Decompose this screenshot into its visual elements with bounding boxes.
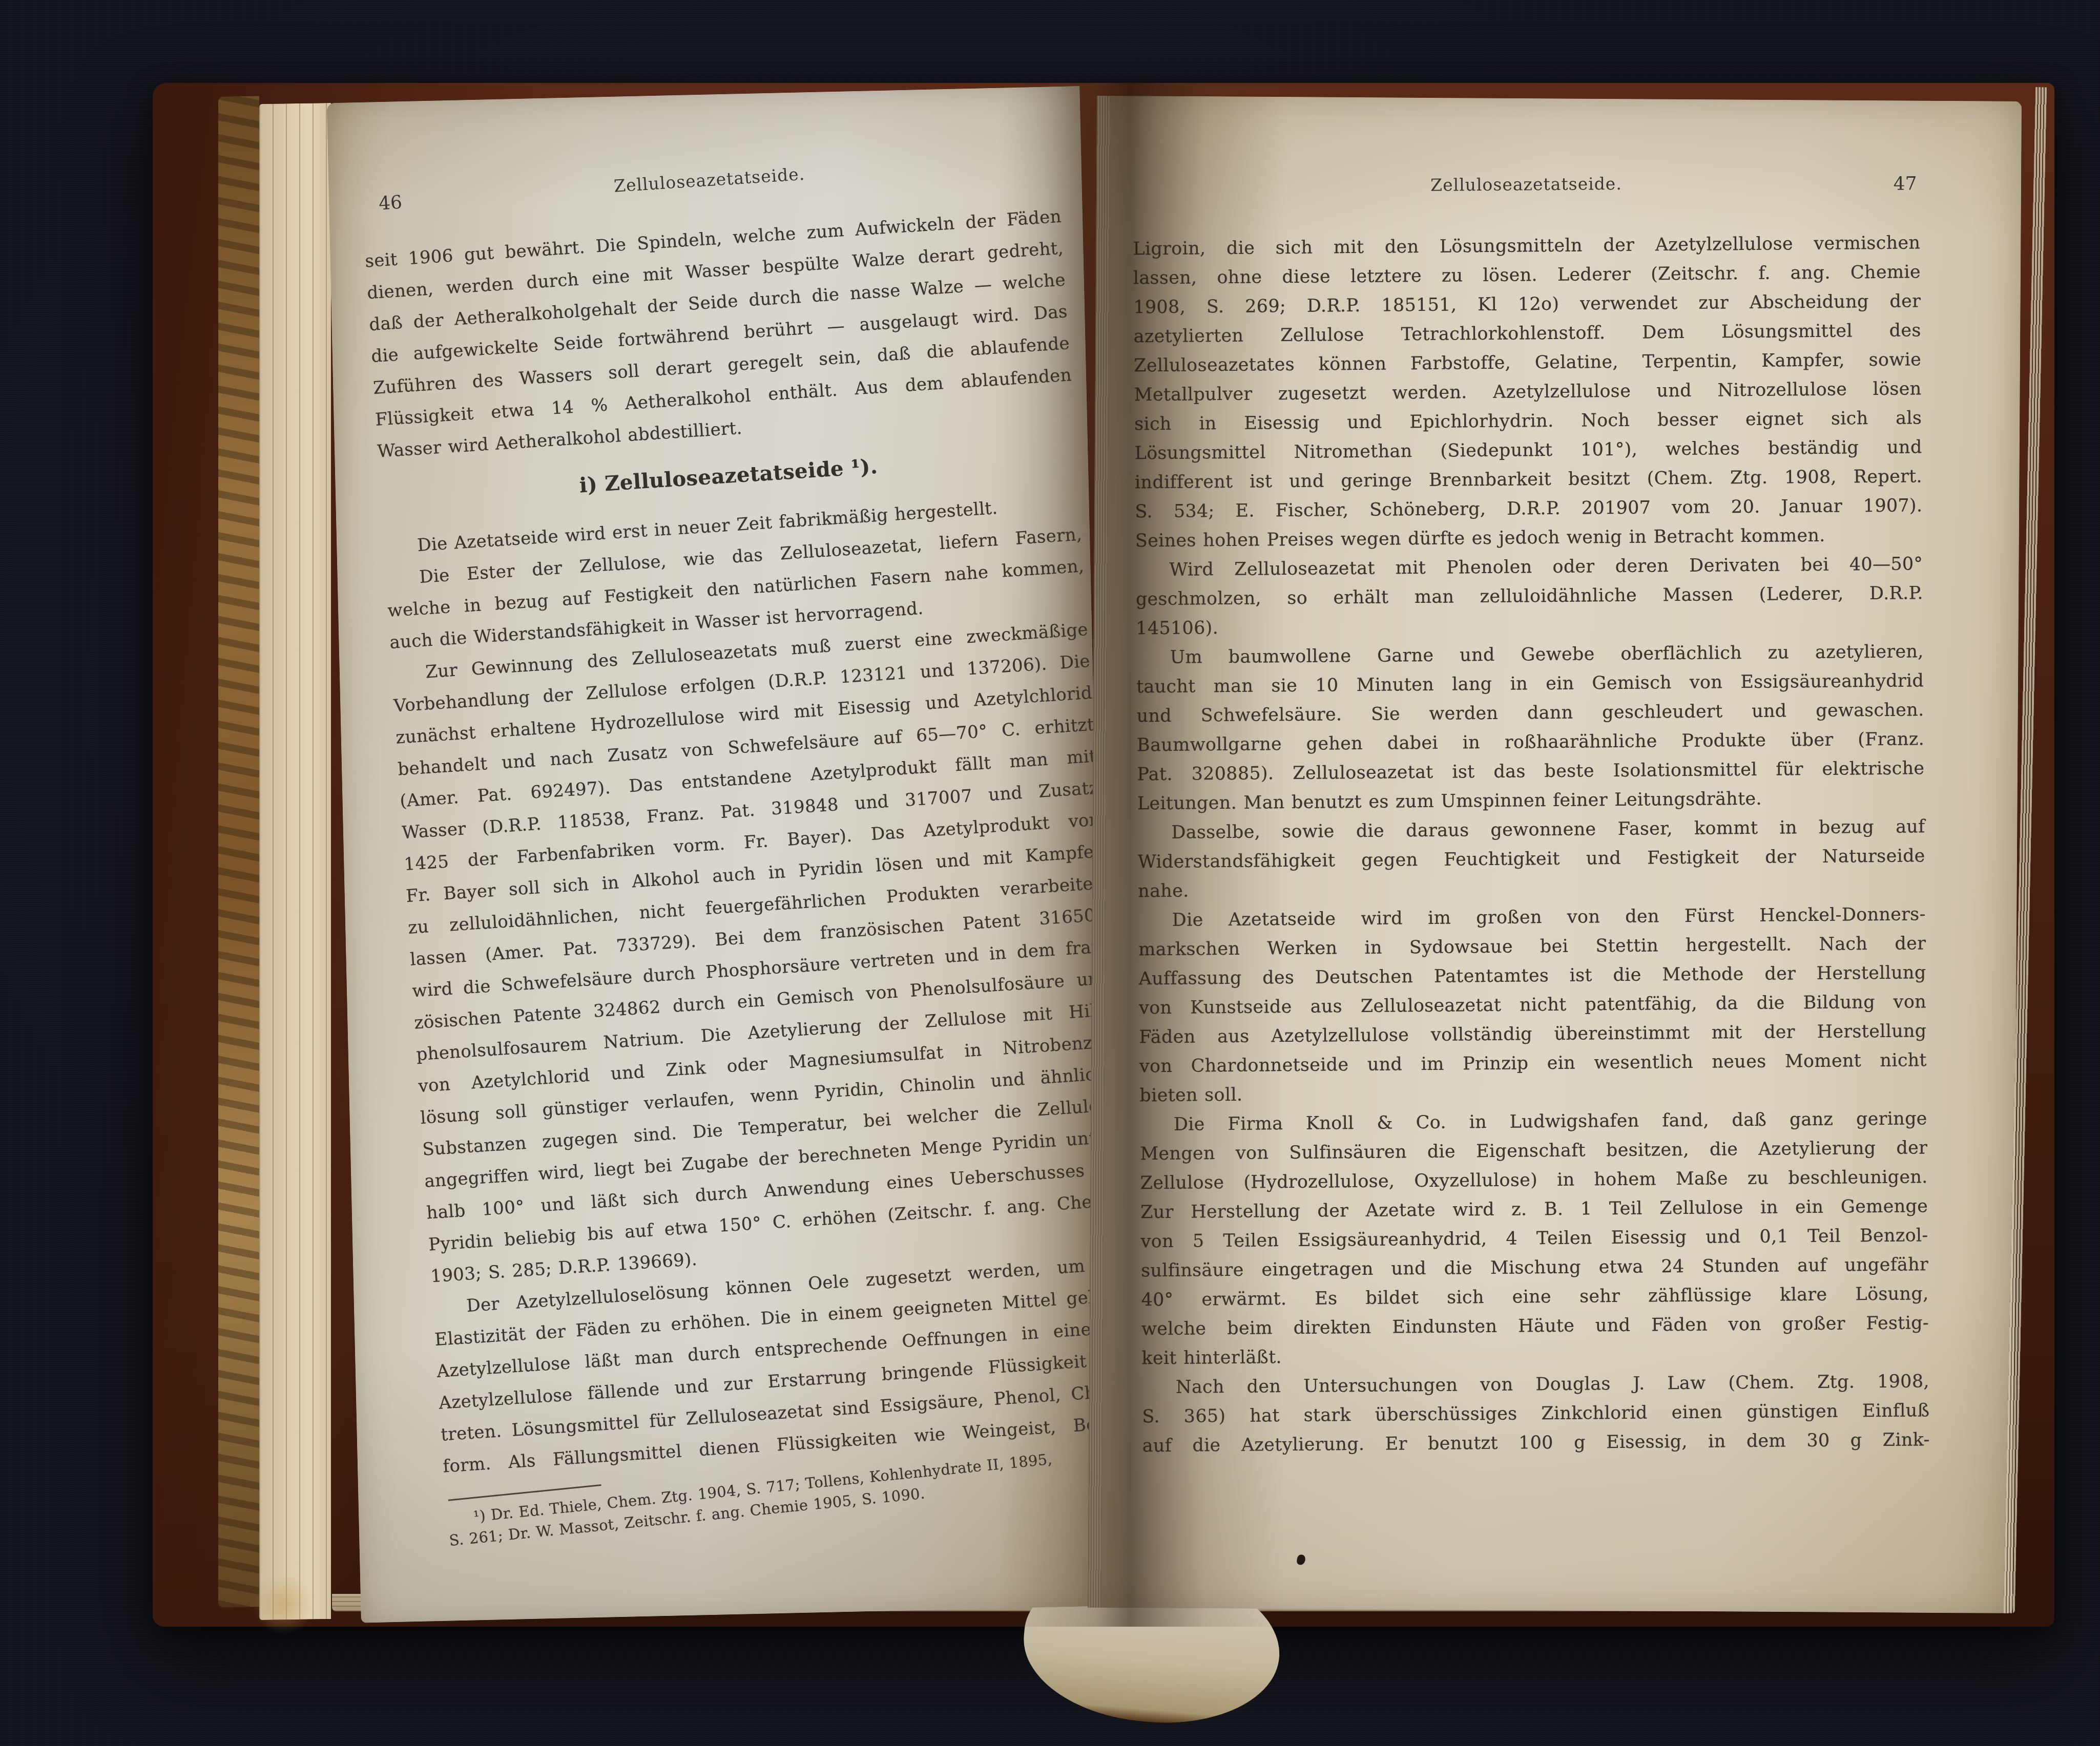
paragraph: Nach den Untersuchungen von Douglas J. L… — [1142, 1367, 1930, 1461]
paragraph: Die Azetatseide wird im großen von den F… — [1138, 900, 1927, 1110]
open-book: 46 Zelluloseazetatseide. seit 1906 gut b… — [153, 83, 2054, 1627]
paragraph: Um baumwollene Garne und Gewebe oberfläc… — [1136, 637, 1925, 818]
text-line: geschmolzen, so erhält man zelluloidähnl… — [1136, 579, 1923, 614]
running-title: Zelluloseazetatseide. — [361, 148, 1058, 213]
running-title: Zelluloseazetatseide. — [1132, 171, 1920, 197]
text-line: von Chardonnetseide und im Prinzip ein w… — [1139, 1046, 1927, 1081]
right-page: Zelluloseazetatseide. 47 Ligroin, die si… — [1088, 96, 2022, 1613]
page-number: 47 — [1893, 173, 1917, 194]
paragraph: Wird Zelluloseazetat mit Phenolen oder d… — [1135, 550, 1923, 643]
paragraph: seit 1906 gut bewährt. Die Spindeln, wel… — [364, 201, 1074, 468]
text-line: Widerstandsfähigkeit gegen Feuchtigkeit … — [1138, 842, 1925, 877]
right-page-body: Ligroin, die sich mit den Lösungsmitteln… — [1133, 228, 1930, 1461]
paragraph: Die Firma Knoll & Co. in Ludwigshafen fa… — [1140, 1104, 1929, 1373]
right-page-content: Zelluloseazetatseide. 47 Ligroin, die si… — [1097, 96, 2022, 1613]
left-page-content: 46 Zelluloseazetatseide. seit 1906 gut b… — [328, 86, 1114, 1623]
text-line: auf die Azetylierung. Er benutzt 100 g E… — [1142, 1425, 1930, 1461]
text-line: welche beim direkten Eindunsten Häute un… — [1141, 1309, 1929, 1344]
paper-stain — [253, 1573, 315, 1635]
right-page-header: Zelluloseazetatseide. 47 — [1132, 171, 1920, 204]
paragraph: Zur Gewinnung des Zelluloseazetats muß z… — [391, 614, 1114, 1292]
page-stack-edges — [259, 103, 331, 1620]
text-line: Pat. 320885). Zelluloseazetat ist das be… — [1137, 754, 1924, 789]
photo-background: 46 Zelluloseazetatseide. seit 1906 gut b… — [0, 0, 2100, 1746]
gold-fore-edge — [218, 96, 259, 1607]
left-page: 46 Zelluloseazetatseide. seit 1906 gut b… — [327, 86, 1114, 1623]
left-page-body: seit 1906 gut bewährt. Die Spindeln, wel… — [364, 201, 1114, 1483]
paragraph: Dasselbe, sowie die daraus gewonnene Fas… — [1137, 812, 1925, 906]
paragraph: Ligroin, die sich mit den Lösungsmitteln… — [1133, 228, 1923, 556]
